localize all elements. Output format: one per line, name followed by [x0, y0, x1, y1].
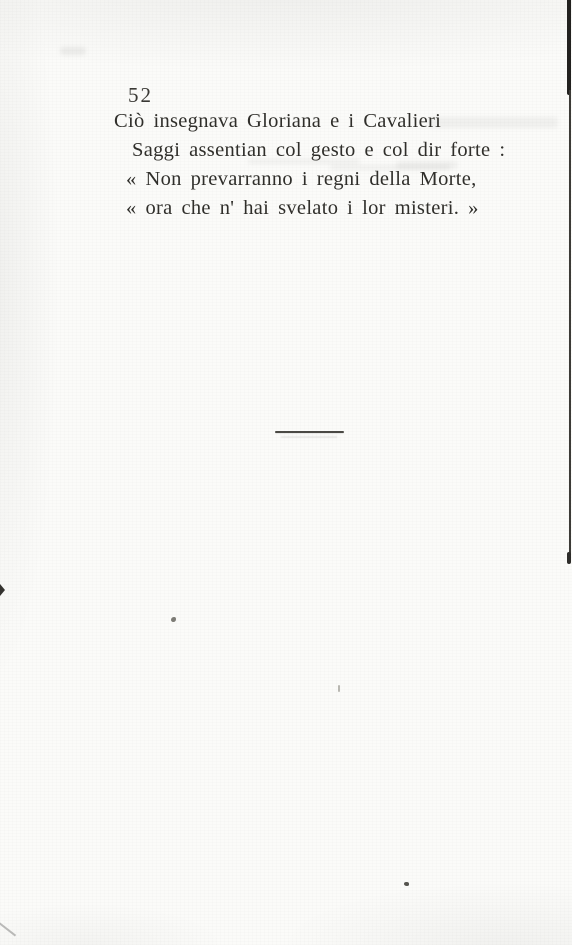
verse-line-1: Ciò insegnava Gloriana e i Cavalieri [114, 110, 441, 133]
scan-edge-line-end [567, 552, 571, 564]
scan-artifact-speck [338, 685, 340, 692]
section-divider-shadow [281, 436, 337, 438]
section-divider-rule [275, 431, 344, 433]
scan-smudge [60, 47, 86, 55]
scan-edge-line-top [567, 0, 571, 95]
scan-edge-line [569, 90, 571, 560]
scan-artifact-speck [404, 882, 409, 886]
scan-artifact-left-notch [0, 584, 5, 596]
verse-line-3: « Non prevarranno i regni della Morte, [126, 168, 477, 191]
verse-line-4: « ora che n' hai svelato i lor misteri. … [126, 197, 479, 220]
scan-smudge [428, 117, 558, 128]
verse-line-2: Saggi assentian col gesto e col dir fort… [132, 139, 505, 162]
page-number: 52 [128, 83, 153, 108]
